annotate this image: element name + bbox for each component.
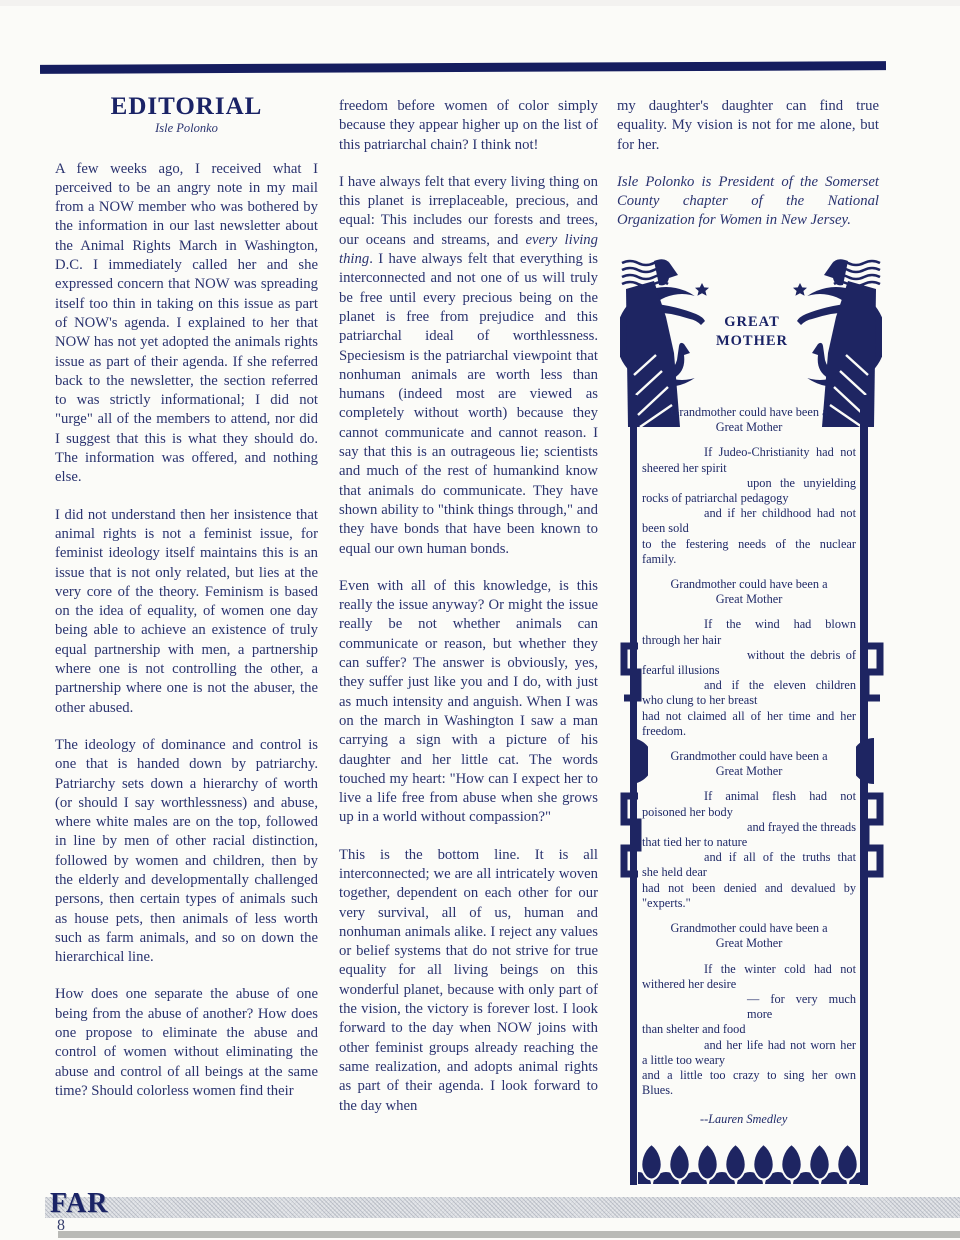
poem-line: sheered her spirit (642, 461, 856, 476)
byline: Isle Polonko (55, 119, 318, 138)
body-paragraph: Isle Polonko is President of the Somerse… (617, 173, 879, 231)
column-1-paragraphs: A few weeks ago, I received what I perce… (55, 160, 318, 1102)
body-paragraph: The ideology of dominance and control is… (55, 736, 318, 968)
body-paragraph: freedom before women of color simply bec… (339, 97, 598, 155)
poem-box-title: GREAT MOTHER (716, 313, 788, 351)
body-paragraph: This is the bottom line. It is all inter… (339, 846, 598, 1116)
poem-line: If animal flesh had not (642, 789, 856, 804)
goddess-figure-icon (790, 255, 882, 427)
poem-line: Great Mother (642, 420, 856, 435)
poem-line: and frayed the threads (642, 820, 856, 835)
poem-line: had not been denied and devalued by (642, 881, 856, 896)
poem-line (642, 779, 856, 789)
poem-line: and her life had not worn her (642, 1038, 856, 1053)
poem-line (642, 911, 856, 921)
scallop-border-icon (638, 1143, 860, 1185)
poem-line: and a little too crazy to sing her own (642, 1068, 856, 1083)
poem-line: --Lauren Smedley (642, 1112, 856, 1127)
poem-line: she held dear (642, 865, 856, 880)
poem-line: freedom. (642, 724, 856, 739)
poem-line: poisoned her body (642, 805, 856, 820)
body-paragraph: A few weeks ago, I received what I perce… (55, 160, 318, 488)
poem-box-title-line1: GREAT (716, 313, 788, 332)
poem-box-title-line2: MOTHER (716, 332, 788, 351)
body-paragraph: I did not understand then her insistence… (55, 506, 318, 718)
poem-line: Great Mother (642, 764, 856, 779)
poem-line: to the festering needs of the nuclear (642, 537, 856, 552)
poem-line: If the wind had blown (642, 617, 856, 632)
star-icon (695, 283, 709, 296)
top-rule (40, 61, 886, 74)
scan-edge-bottom (58, 1231, 960, 1238)
poem-line: than shelter and food (642, 1022, 856, 1037)
poem-line: a little too weary (642, 1053, 856, 1068)
poem-line: without the debris of (642, 648, 856, 663)
poem-line: been sold (642, 521, 856, 536)
column-2-paragraphs: freedom before women of color simply bec… (339, 97, 598, 1116)
scanned-newsletter-page: EDITORIAL Isle Polonko A few weeks ago, … (0, 0, 960, 1240)
poem-line: If the winter cold had not (642, 962, 856, 977)
poem-line: If Judeo-Christianity had not (642, 445, 856, 460)
poem-line: and if all of the truths that (642, 850, 856, 865)
poem-line (642, 567, 856, 577)
poem-line: Great Mother (642, 936, 856, 951)
side-ornament-icon (856, 640, 890, 880)
poem-line: rocks of patriarchal pedagogy (642, 491, 856, 506)
poem-line: family. (642, 552, 856, 567)
poem-line: and if the eleven children (642, 678, 856, 693)
poem-line: Grandmother could have been a (642, 405, 856, 420)
body-paragraph: How does one separate the abuse of one b… (55, 985, 318, 1101)
body-paragraph: Even with all of this knowledge, is this… (339, 577, 598, 828)
poem-line (642, 435, 856, 445)
editorial-column-3: my daughter's daughter can find true equ… (617, 97, 879, 249)
body-paragraph: I have always felt that every living thi… (339, 173, 598, 559)
poem-line: Grandmother could have been a (642, 577, 856, 592)
poem-line (642, 607, 856, 617)
editorial-column-2: freedom before women of color simply bec… (339, 97, 598, 1134)
poem-line: "experts." (642, 896, 856, 911)
poem-line: fearful illusions (642, 663, 856, 678)
star-icon (793, 283, 807, 296)
poem-line: Great Mother (642, 592, 856, 607)
scan-edge-top (0, 0, 960, 6)
poem-line (642, 739, 856, 749)
poem-line: Blues. (642, 1083, 856, 1098)
editorial-column-1: EDITORIAL Isle Polonko A few weeks ago, … (55, 97, 318, 1119)
far-logo: FAR (50, 1188, 108, 1220)
poem-line: through her hair (642, 633, 856, 648)
poem-line (642, 952, 856, 962)
poem-line: that tied her to nature (642, 835, 856, 850)
poem-line: who clung to her breast (642, 693, 856, 708)
poem-line: Grandmother could have been a (642, 749, 856, 764)
poem-line: and if her childhood had not (642, 506, 856, 521)
poem-text: Grandmother could have been aGreat Mothe… (642, 405, 856, 1128)
poem-line: upon the unyielding (642, 476, 856, 491)
column-3-paragraphs: my daughter's daughter can find true equ… (617, 97, 879, 231)
body-paragraph: my daughter's daughter can find true equ… (617, 97, 879, 155)
great-mother-poem-box: GREAT MOTHER Grandmother could have been… (612, 255, 892, 1190)
poem-line: had not claimed all of her time and her (642, 709, 856, 724)
poem-line: Grandmother could have been a (642, 921, 856, 936)
poem-line: — for very much more (642, 992, 856, 1022)
poem-line: withered her desire (642, 977, 856, 992)
footer-band (45, 1197, 960, 1218)
page-title: EDITORIAL (55, 97, 318, 116)
